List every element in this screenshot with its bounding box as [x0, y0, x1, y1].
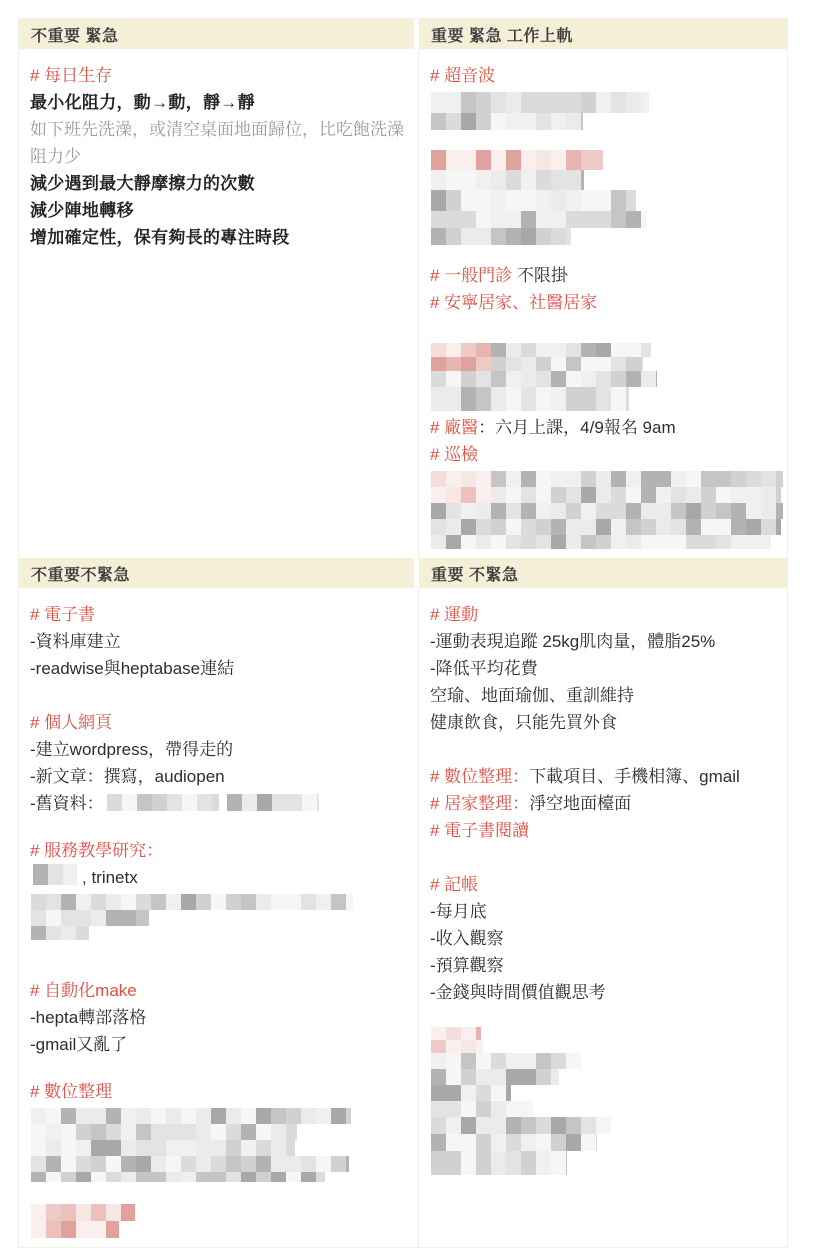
mosaic-tile: [506, 1085, 511, 1101]
mosaic-tile: [506, 487, 521, 503]
text-line: # 數位整理: [30, 1078, 406, 1105]
mosaic-tile: [196, 1124, 211, 1140]
mosaic-tile: [491, 1085, 506, 1101]
text-segment: -收入觀察: [430, 929, 504, 948]
mosaic-tile: [506, 170, 521, 190]
mosaic-tile: [521, 1053, 536, 1069]
text-segment: 健康飲食，只能先買外食: [430, 713, 617, 732]
mosaic-tile: [506, 357, 521, 371]
mosaic-tile: [581, 1117, 596, 1134]
mosaic-tile: [641, 519, 656, 535]
spacer: [430, 1006, 775, 1024]
mosaic-tile: [506, 1101, 521, 1117]
redacted-row: [431, 1085, 775, 1101]
mosaic-tile: [671, 487, 686, 503]
redacted-row: [431, 519, 775, 535]
mosaic-tile: [181, 894, 196, 910]
mosaic-tile: [431, 1040, 446, 1053]
redacted-block: [31, 1204, 406, 1238]
mosaic-tile: [211, 1140, 226, 1156]
mosaic-tile: [641, 371, 656, 387]
mosaic-tile: [461, 503, 476, 519]
mosaic-tile: [136, 1124, 151, 1140]
mosaic-tile: [226, 1172, 241, 1182]
mosaic-tile: [521, 1117, 536, 1134]
mosaic-tile: [476, 92, 491, 113]
mosaic-tile: [61, 1172, 76, 1182]
redacted-row: [107, 794, 219, 811]
mosaic-tile: [181, 1108, 196, 1124]
redacted-row: [31, 910, 406, 926]
mosaic-tile: [611, 211, 626, 228]
redacted-row: [431, 190, 775, 211]
mosaic-tile: [211, 1156, 226, 1172]
tag-label: # 一般門診: [430, 266, 512, 285]
mosaic-tile: [476, 1069, 491, 1085]
mosaic-tile: [716, 487, 731, 503]
mosaic-tile: [626, 503, 641, 519]
mosaic-tile: [476, 1101, 491, 1117]
header-important-urgent: 重要 緊急 工作上軌: [419, 19, 787, 49]
mosaic-tile: [731, 471, 746, 487]
redacted-row: [431, 1117, 775, 1134]
text-segment: 減少陣地轉移: [30, 201, 134, 220]
mosaic-tile: [521, 357, 536, 371]
mosaic-tile: [91, 1156, 106, 1172]
mosaic-tile: [212, 794, 219, 811]
mosaic-tile: [656, 487, 671, 503]
mosaic-tile: [716, 503, 731, 519]
mosaic-tile: [316, 1156, 331, 1172]
redacted-row: [227, 794, 319, 811]
mosaic-tile: [431, 343, 446, 357]
mosaic-tile: [446, 1117, 461, 1134]
mosaic-tile: [302, 794, 317, 811]
mosaic-tile: [446, 1027, 461, 1040]
mosaic-tile: [521, 471, 536, 487]
mosaic-tile: [197, 794, 212, 811]
mosaic-tile: [566, 519, 581, 535]
mosaic-tile: [461, 211, 476, 228]
mosaic-tile: [46, 1124, 61, 1140]
mosaic-tile: [551, 190, 566, 211]
mosaic-tile: [31, 1221, 46, 1238]
redacted-block: [31, 894, 406, 940]
mosaic-tile: [611, 535, 626, 549]
mosaic-tile: [476, 371, 491, 387]
redacted-row: [431, 371, 775, 387]
mosaic-tile: [152, 794, 167, 811]
mosaic-tile: [611, 471, 626, 487]
mosaic-tile: [536, 471, 551, 487]
mosaic-tile: [551, 92, 566, 113]
text-line: # 安寧居家、社醫居家: [430, 289, 775, 316]
mosaic-tile: [536, 150, 551, 170]
mosaic-tile: [566, 150, 581, 170]
mosaic-tile: [181, 1140, 196, 1156]
mosaic-tile: [76, 910, 91, 926]
mosaic-tile: [46, 926, 61, 940]
mosaic-tile: [346, 894, 353, 910]
mosaic-tile: [671, 535, 686, 549]
mosaic-tile: [256, 1172, 271, 1182]
mosaic-tile: [521, 1134, 536, 1151]
redacted-row: [431, 487, 775, 503]
mosaic-tile: [196, 894, 211, 910]
mosaic-tile: [46, 910, 61, 926]
mosaic-tile: [581, 357, 596, 371]
mosaic-tile: [686, 535, 701, 549]
mosaic-tile: [431, 357, 446, 371]
mosaic-tile: [446, 1053, 461, 1069]
mosaic-tile: [521, 228, 536, 245]
text-segment: 最小化阻力，動→動，靜→靜: [30, 93, 255, 112]
mosaic-tile: [776, 471, 783, 487]
spacer: [430, 248, 775, 262]
mosaic-tile: [656, 503, 671, 519]
mosaic-tile: [731, 487, 746, 503]
mosaic-tile: [31, 1204, 46, 1221]
mosaic-tile: [566, 228, 571, 245]
mosaic-tile: [346, 1156, 349, 1172]
text-segment: -降低平均花費: [430, 659, 538, 678]
mosaic-tile: [31, 1108, 46, 1124]
text-line: -readwise與heptabase連結: [30, 655, 406, 682]
redacted-row: [431, 535, 775, 549]
mosaic-tile: [761, 519, 776, 535]
mosaic-tile: [596, 487, 611, 503]
mosaic-tile: [491, 1069, 506, 1085]
mosaic-tile: [106, 1172, 121, 1182]
mosaic-tile: [91, 1221, 106, 1238]
mosaic-tile: [106, 1140, 121, 1156]
mosaic-tile: [31, 1172, 46, 1182]
redacted-block: [31, 1108, 406, 1182]
mosaic-tile: [226, 1108, 241, 1124]
mosaic-tile: [121, 1172, 136, 1182]
mosaic-tile: [611, 92, 626, 113]
mosaic-tile: [626, 387, 629, 411]
mosaic-tile: [122, 794, 137, 811]
mosaic-tile: [446, 503, 461, 519]
mosaic-tile: [611, 343, 626, 357]
redacted-row: [431, 228, 775, 245]
mosaic-tile: [551, 1134, 566, 1151]
mosaic-tile: [506, 471, 521, 487]
mosaic-tile: [611, 190, 626, 211]
mosaic-tile: [61, 1124, 76, 1140]
mosaic-tile: [226, 894, 241, 910]
mosaic-tile: [581, 92, 596, 113]
redacted-row: [31, 926, 406, 940]
header-label: 不重要不緊急: [31, 562, 130, 585]
mosaic-tile: [166, 1140, 181, 1156]
mosaic-tile: [271, 1156, 286, 1172]
mosaic-tile: [431, 92, 446, 113]
text-line: -金錢與時間價值觀思考: [430, 979, 775, 1006]
mosaic-tile: [641, 487, 656, 503]
text-line: -hepta轉部落格: [30, 1004, 406, 1031]
mosaic-tile: [566, 357, 581, 371]
mosaic-tile: [461, 228, 476, 245]
text-line: 增加確定性，保有夠長的專注時段: [30, 224, 406, 251]
mosaic-tile: [491, 1053, 506, 1069]
text-line: # 電子書: [30, 601, 406, 628]
mosaic-tile: [106, 1108, 121, 1124]
mosaic-tile: [446, 150, 461, 170]
mosaic-tile: [491, 211, 506, 228]
mosaic-tile: [476, 211, 491, 228]
mosaic-tile: [61, 1140, 76, 1156]
mosaic-tile: [136, 1172, 151, 1182]
mosaic-tile: [596, 190, 611, 211]
mosaic-tile: [701, 535, 716, 549]
mosaic-tile: [166, 894, 181, 910]
header-label: 不重要 緊急: [31, 23, 118, 46]
mosaic-tile: [286, 1140, 295, 1156]
mosaic-tile: [566, 170, 581, 190]
text-segment: -舊資料：: [30, 794, 104, 813]
mosaic-tile: [461, 92, 476, 113]
quadrant-important-not-urgent: # 運動-運動表現追蹤 25kg肌肉量，體脂25%-降低平均花費空瑜、地面瑜伽、…: [419, 588, 787, 1247]
mosaic-tile: [701, 471, 716, 487]
redacted-inline: [107, 794, 219, 811]
mosaic-tile: [506, 92, 521, 113]
mosaic-tile: [506, 113, 521, 130]
mosaic-tile: [241, 1124, 256, 1140]
mosaic-tile: [506, 1053, 521, 1069]
mosaic-tile: [506, 503, 521, 519]
mosaic-tile: [476, 503, 491, 519]
mosaic-tile: [182, 794, 197, 811]
spacer: [30, 1185, 406, 1201]
mosaic-tile: [271, 1108, 286, 1124]
tag-label: # 電子書閱讀: [430, 821, 529, 840]
text-segment: 空瑜、地面瑜伽、重訓維持: [430, 686, 634, 705]
mosaic-tile: [272, 794, 287, 811]
mosaic-tile: [242, 794, 257, 811]
redacted-row: [431, 1040, 775, 1053]
tag-label: # 服務教學研究：: [30, 841, 163, 860]
mosaic-tile: [701, 487, 716, 503]
quadrant-not-important-urgent: # 每日生存最小化阻力，動→動，靜→靜如下班先洗澡，或清空桌面地面歸位，比吃飽洗…: [19, 49, 419, 558]
spacer: [30, 943, 406, 977]
mosaic-tile: [641, 471, 656, 487]
mosaic-tile: [521, 387, 536, 411]
mosaic-tile: [446, 1085, 461, 1101]
mosaic-tile: [46, 1156, 61, 1172]
mosaic-tile: [596, 92, 611, 113]
text-line: 最小化阻力，動→動，靜→靜: [30, 89, 406, 116]
mosaic-tile: [506, 1151, 521, 1175]
mosaic-tile: [626, 343, 641, 357]
mosaic-tile: [461, 1117, 476, 1134]
redacted-row: [431, 113, 775, 130]
mosaic-tile: [566, 487, 581, 503]
mosaic-tile: [671, 503, 686, 519]
mosaic-tile: [746, 535, 761, 549]
mosaic-tile: [476, 1151, 491, 1175]
spacer: [430, 316, 775, 340]
mosaic-tile: [506, 1134, 521, 1151]
spacer: [30, 1058, 406, 1078]
mosaic-tile: [776, 503, 783, 519]
mosaic-tile: [641, 535, 656, 549]
mosaic-tile: [121, 1204, 135, 1221]
mosaic-tile: [731, 519, 746, 535]
text-line: 如下班先洗澡，或清空桌面地面歸位，比吃飽洗澡阻力少: [30, 116, 406, 170]
text-segment: 增加確定性，保有夠長的專注時段: [30, 228, 290, 247]
mosaic-tile: [76, 1156, 91, 1172]
mosaic-tile: [536, 113, 551, 130]
mosaic-tile: [641, 92, 649, 113]
mosaic-tile: [241, 894, 256, 910]
mosaic-tile: [626, 357, 641, 371]
mosaic-tile: [446, 487, 461, 503]
tag-label: # 安寧居家、社醫居家: [430, 293, 597, 312]
text-line: # 運動: [430, 601, 775, 628]
mosaic-tile: [521, 170, 536, 190]
redacted-row: [431, 1134, 775, 1151]
mosaic-tile: [551, 471, 566, 487]
mosaic-tile: [136, 1156, 151, 1172]
mosaic-tile: [256, 1156, 271, 1172]
mosaic-tile: [476, 535, 491, 549]
mosaic-tile: [461, 1027, 476, 1040]
mosaic-tile: [521, 519, 536, 535]
mosaic-tile: [536, 211, 551, 228]
header-not-important-urgent: 不重要 緊急: [19, 19, 419, 49]
spacer: [30, 682, 406, 709]
redacted-block: [431, 150, 775, 245]
eisenhower-matrix: 不重要 緊急 重要 緊急 工作上軌 # 每日生存最小化阻力，動→動，靜→靜如下班…: [18, 18, 788, 1248]
mosaic-tile: [431, 503, 446, 519]
mosaic-tile: [491, 1134, 506, 1151]
mosaic-tile: [506, 228, 521, 245]
mosaic-tile: [626, 190, 636, 211]
quadrant-important-urgent: # 超音波# 一般門診 不限掛# 安寧居家、社醫居家# 廠醫：六月上課，4/9報…: [419, 49, 787, 558]
mosaic-tile: [551, 1069, 559, 1085]
mosaic-tile: [61, 1221, 76, 1238]
mosaic-tile: [551, 1053, 566, 1069]
redacted-row: [431, 357, 775, 371]
mosaic-tile: [476, 343, 491, 357]
mosaic-tile: [521, 1151, 536, 1175]
redacted-row: [431, 92, 775, 113]
mosaic-tile: [536, 1134, 551, 1151]
tag-label: # 廠醫: [430, 418, 478, 437]
mosaic-tile: [686, 487, 701, 503]
mosaic-tile: [506, 387, 521, 411]
mosaic-tile: [301, 1108, 316, 1124]
mosaic-tile: [431, 1101, 446, 1117]
text-line: # 記帳: [430, 871, 775, 898]
mosaic-tile: [761, 535, 771, 549]
mosaic-tile: [596, 535, 611, 549]
mosaic-tile: [136, 894, 151, 910]
redacted-block: [431, 471, 775, 549]
mosaic-tile: [596, 371, 611, 387]
mosaic-tile: [431, 1117, 446, 1134]
text-line: # 廠醫：六月上課，4/9報名 9am: [430, 414, 775, 441]
mosaic-tile: [211, 894, 226, 910]
mosaic-tile: [446, 113, 461, 130]
mosaic-tile: [446, 92, 461, 113]
mosaic-tile: [31, 1124, 46, 1140]
mosaic-tile: [491, 170, 506, 190]
mosaic-tile: [536, 170, 551, 190]
mosaic-tile: [746, 519, 761, 535]
mosaic-tile: [596, 471, 611, 487]
mosaic-tile: [196, 1140, 211, 1156]
mosaic-tile: [446, 357, 461, 371]
mosaic-tile: [431, 1151, 446, 1175]
mosaic-tile: [551, 343, 566, 357]
mosaic-tile: [641, 211, 647, 228]
mosaic-tile: [431, 190, 446, 211]
mosaic-tile: [286, 894, 301, 910]
text-segment: 如下班先洗澡，或清空桌面地面歸位，比吃飽洗澡阻力少: [30, 120, 404, 166]
mosaic-tile: [151, 1108, 166, 1124]
mosaic-tile: [521, 150, 536, 170]
redacted-row: [31, 1124, 406, 1140]
mosaic-tile: [461, 1134, 476, 1151]
mosaic-tile: [761, 487, 776, 503]
mosaic-tile: [91, 1204, 106, 1221]
mosaic-tile: [491, 487, 506, 503]
mosaic-tile: [91, 1140, 106, 1156]
mosaic-tile: [476, 357, 491, 371]
tag-label: # 居家整理：: [430, 794, 529, 813]
mosaic-tile: [446, 1040, 461, 1053]
mosaic-tile: [476, 1134, 491, 1151]
mosaic-tile: [536, 487, 551, 503]
mosaic-tile: [536, 343, 551, 357]
mosaic-tile: [521, 190, 536, 211]
mosaic-tile: [581, 190, 596, 211]
text-segment: -金錢與時間價值觀思考: [430, 983, 606, 1002]
mosaic-tile: [566, 1117, 581, 1134]
redacted-row: [431, 1101, 775, 1117]
mosaic-tile: [301, 894, 316, 910]
mosaic-tile: [287, 794, 302, 811]
mosaic-tile: [461, 1040, 476, 1053]
mosaic-tile: [581, 471, 596, 487]
mosaic-tile: [626, 211, 641, 228]
mosaic-tile: [46, 1221, 61, 1238]
mosaic-tile: [431, 387, 446, 411]
mosaic-tile: [536, 503, 551, 519]
mosaic-tile: [461, 343, 476, 357]
tag-label: # 電子書: [30, 605, 95, 624]
mosaic-tile: [521, 343, 536, 357]
mosaic-tile: [271, 1124, 286, 1140]
mosaic-tile: [716, 519, 731, 535]
mosaic-tile: [136, 1140, 151, 1156]
mosaic-tile: [431, 228, 446, 245]
mosaic-tile: [566, 343, 581, 357]
mosaic-tile: [746, 487, 761, 503]
mosaic-tile: [551, 150, 566, 170]
mosaic-tile: [226, 1156, 241, 1172]
mosaic-tile: [136, 910, 149, 926]
redacted-block: [431, 343, 775, 411]
mosaic-tile: [626, 471, 641, 487]
mosaic-tile: [491, 1151, 506, 1175]
mosaic-tile: [581, 343, 596, 357]
redacted-block: [431, 92, 775, 130]
mosaic-tile: [551, 503, 566, 519]
